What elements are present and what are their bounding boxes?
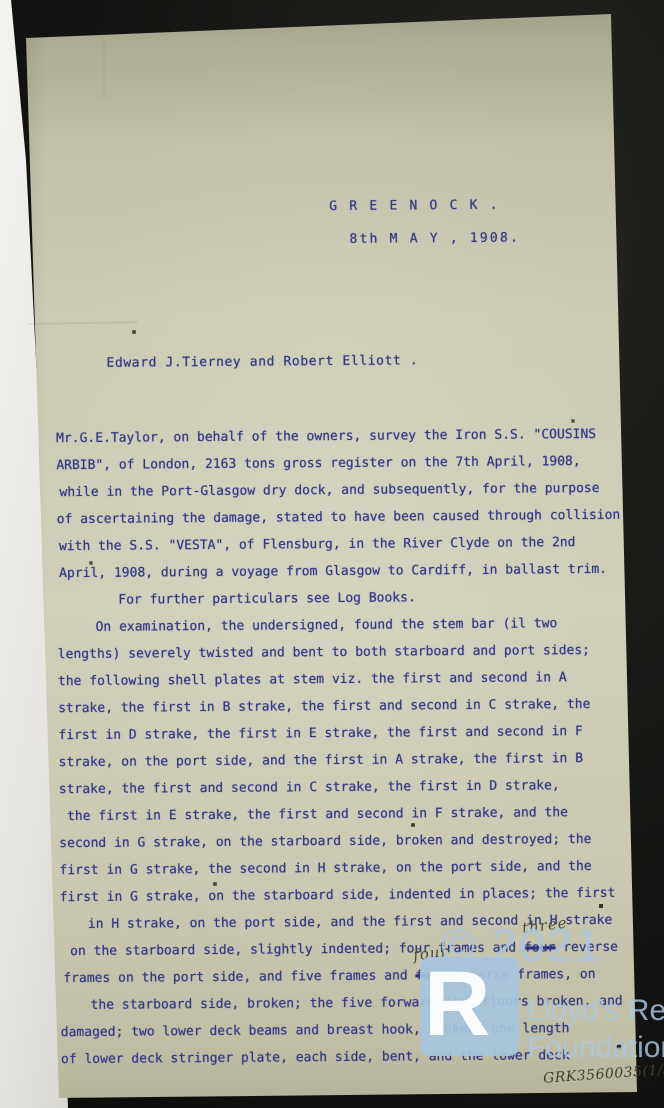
- lr-logo-letter: R: [424, 957, 490, 1054]
- typed-line: On examination, the undersigned, found t…: [95, 610, 635, 641]
- watermark-foundation: Foundation: [527, 1031, 664, 1065]
- lloyds-register-logo: R: [420, 957, 519, 1056]
- header-date: 8th M A Y , 1908.: [349, 231, 520, 247]
- watermark-lloyds-register: Lloyd's Register: [527, 994, 664, 1028]
- scanned-document-photo: G R E E N O C K . 8th M A Y , 1908. Edwa…: [0, 0, 664, 1108]
- header-place: G R E E N O C K .: [329, 198, 500, 214]
- typed-body: Mr.G.E.Taylor, on behalf of the owners, …: [56, 421, 639, 1074]
- salutation-line: Edward J.Tierney and Robert Elliott .: [106, 353, 418, 370]
- typed-line: April, 1908, during a voyage from Glasgo…: [59, 556, 635, 588]
- typed-line: For further particulars see Log Books.: [118, 583, 635, 614]
